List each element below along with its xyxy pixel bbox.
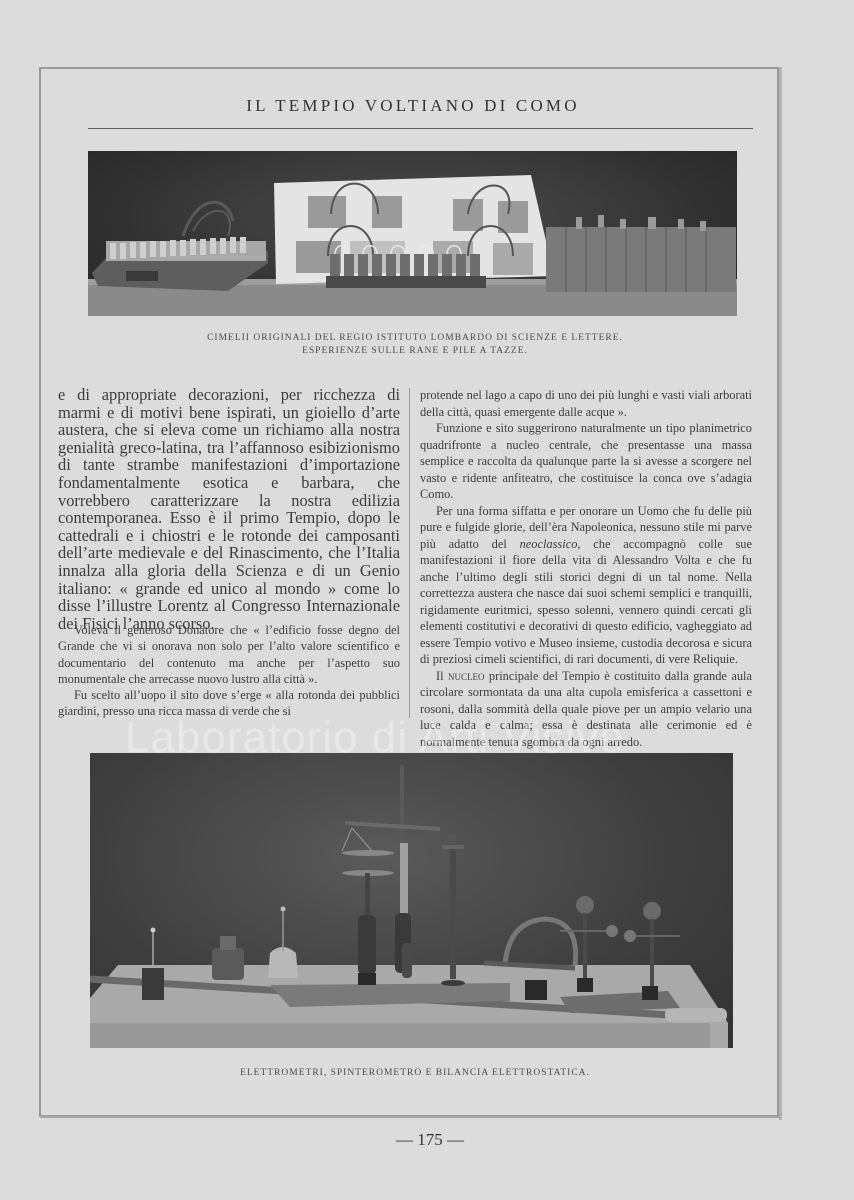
right-paragraph-3-text-b: , che accompagnò colle sue manifestazion… xyxy=(420,537,752,667)
right-paragraph-2: Funzione e sito suggerirono naturalmente… xyxy=(420,420,752,503)
footer-rule xyxy=(40,1116,780,1118)
figure-2-photo xyxy=(90,753,733,1048)
figure-2-caption: ELETTROMETRI, SPINTEROMETRO E BILANCIA E… xyxy=(150,1067,680,1080)
right-paragraph-1: protende nel lago a capo di uno dei più … xyxy=(420,387,752,420)
page-number: — 175 — xyxy=(340,1130,520,1150)
nucleo-smallcaps: nucleo xyxy=(448,669,485,683)
right-column-text: protende nel lago a capo di uno dei più … xyxy=(420,387,752,767)
figure-1-photo xyxy=(88,151,737,316)
right-paragraph-4-start: Il xyxy=(436,669,448,683)
right-paragraph-3: Per una forma siffatta e per onorare un … xyxy=(420,503,752,668)
left-column-lead-text: e di appropriate decorazioni, per ricche… xyxy=(58,386,400,632)
figure-1-caption-line-1: CIMELII ORIGINALI DEL REGIO ISTITUTO LOM… xyxy=(150,332,680,345)
page-header-title: IL TEMPIO VOLTIANO DI COMO xyxy=(88,96,738,116)
left-paragraph-3: Fu scelto all’uopo il sito dove s’erge «… xyxy=(58,687,400,720)
left-paragraph-2: Voleva il generoso Donatore che « l’edif… xyxy=(58,622,400,687)
figure-1-caption-line-2: ESPERIENZE SULLE RANE E PILE A TAZZE. xyxy=(150,345,680,358)
neoclassico-italic: neoclassico xyxy=(520,537,578,551)
left-column-body-text: Voleva il generoso Donatore che « l’edif… xyxy=(58,622,400,720)
left-paragraph-1: e di appropriate decorazioni, per ricche… xyxy=(58,386,400,632)
figure-1-caption: CIMELII ORIGINALI DEL REGIO ISTITUTO LOM… xyxy=(150,332,680,358)
right-paragraph-4: Il nucleo principale del Tempio è costit… xyxy=(420,668,752,751)
electrometers-illustration xyxy=(90,753,733,1048)
volta-artifacts-illustration xyxy=(88,151,737,316)
header-rule xyxy=(88,128,753,129)
column-divider xyxy=(409,388,410,718)
